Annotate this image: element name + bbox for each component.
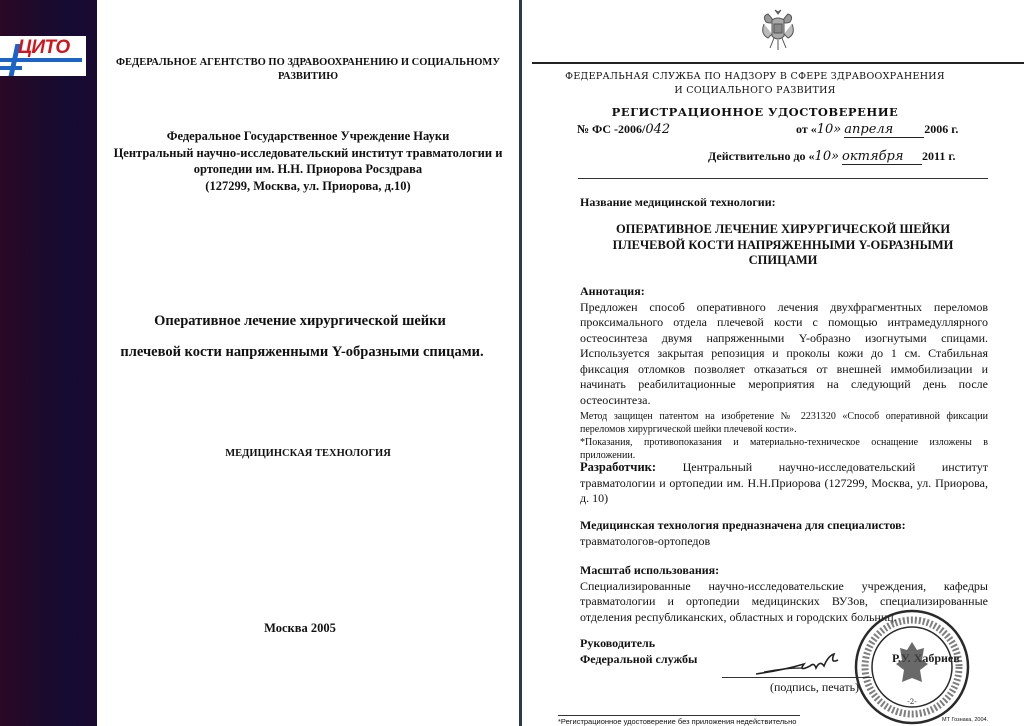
service-name: ФЕДЕРАЛЬНАЯ СЛУЖБА ПО НАДЗОРУ В СФЕРЕ ЗД… bbox=[522, 70, 988, 98]
header-rule bbox=[532, 62, 1024, 64]
coat-of-arms-icon bbox=[758, 8, 798, 52]
service-line: ФЕДЕРАЛЬНАЯ СЛУЖБА ПО НАДЗОРУ В СФЕРЕ ЗД… bbox=[522, 70, 988, 84]
footnote-rule bbox=[558, 715, 800, 716]
valid-until-date: Действительно до «10» октября2011 г. bbox=[708, 149, 955, 165]
annotation-text: Предложен способ оперативного лечения дв… bbox=[580, 300, 988, 409]
annotation-label: Аннотация: bbox=[580, 284, 988, 300]
annotation-section: Аннотация: Предложен способ оперативного… bbox=[580, 284, 988, 462]
date-year: 2006 г. bbox=[924, 122, 958, 136]
date-day: 10» bbox=[817, 122, 842, 137]
service-line: И СОЦИАЛЬНОГО РАЗВИТИЯ bbox=[522, 84, 988, 98]
appendix-note: *Показания, противопоказания и материаль… bbox=[580, 436, 988, 462]
patent-note: Метод защищен патентом на изобретение № … bbox=[580, 410, 988, 436]
logo-stripe bbox=[0, 66, 22, 70]
signature-line bbox=[722, 677, 872, 678]
registration-certificate: ФЕДЕРАЛЬНАЯ СЛУЖБА ПО НАДЗОРУ В СФЕРЕ ЗД… bbox=[522, 0, 1024, 726]
reg-number-prefix: № ФС -2006/ bbox=[577, 122, 645, 136]
cover-spine bbox=[0, 0, 97, 726]
reg-number-handwritten: 042 bbox=[645, 122, 670, 137]
section-rule bbox=[578, 178, 988, 179]
cito-logo: ЦИТО bbox=[0, 36, 86, 76]
date-month: апреля bbox=[844, 122, 924, 138]
official-seal-icon: -2- bbox=[852, 608, 972, 726]
tech-name-line: ОПЕРАТИВНОЕ ЛЕЧЕНИЕ ХИРУРГИЧЕСКОЙ ШЕЙКИ bbox=[578, 222, 988, 238]
institution-address: (127299, Москва, ул. Приорова, д.10) bbox=[97, 178, 519, 195]
logo-text: ЦИТО bbox=[18, 37, 70, 59]
city-year: Москва 2005 bbox=[89, 621, 511, 636]
seal-number: -2- bbox=[907, 698, 917, 706]
tech-name-line: ПЛЕЧЕВОЙ КОСТИ НАПРЯЖЕННЫМИ Y-ОБРАЗНЫМИ bbox=[578, 238, 988, 254]
developer-section: Разработчик: Центральный научно-исследов… bbox=[580, 460, 988, 507]
date-day: 10» bbox=[815, 149, 840, 164]
scope-label: Масштаб использования: bbox=[580, 563, 988, 579]
specialists-section: Медицинская технология предназначена для… bbox=[580, 518, 988, 549]
date-year: 2011 г. bbox=[922, 149, 955, 163]
signature-caption: (подпись, печать) bbox=[770, 680, 859, 695]
specialists-text: травматологов-ортопедов bbox=[580, 534, 988, 550]
printer-mark: МТ Гознака, 2004. bbox=[942, 717, 988, 723]
title-page: ФЕДЕРАЛЬНОЕ АГЕНТСТВО ПО ЗДРАВООХРАНЕНИЮ… bbox=[97, 0, 519, 726]
tech-name: ОПЕРАТИВНОЕ ЛЕЧЕНИЕ ХИРУРГИЧЕСКОЙ ШЕЙКИ … bbox=[578, 222, 988, 269]
institution-line: Федеральное Государственное Учреждение Н… bbox=[97, 128, 519, 145]
institution-block: Федеральное Государственное Учреждение Н… bbox=[97, 128, 519, 194]
certificate-title: РЕГИСТРАЦИОННОЕ УДОСТОВЕРЕНИЕ bbox=[522, 105, 988, 119]
institution-line: ортопедии им. Н.Н. Приорова Росздрава bbox=[97, 161, 519, 178]
agency-name: ФЕДЕРАЛЬНОЕ АГЕНТСТВО ПО ЗДРАВООХРАНЕНИЮ… bbox=[97, 56, 519, 84]
document-title-line-2: плечевой кости напряженными Y-образными … bbox=[91, 344, 513, 361]
issue-date: от «10» апреля2006 г. bbox=[796, 122, 958, 138]
developer-label: Разработчик: bbox=[580, 460, 656, 474]
registration-number: № ФС -2006/042 bbox=[577, 122, 670, 137]
date-prefix: от « bbox=[796, 122, 817, 136]
document-type: МЕДИЦИНСКАЯ ТЕХНОЛОГИЯ bbox=[97, 448, 519, 459]
institution-line: Центральный научно-исследовательский инс… bbox=[97, 145, 519, 162]
date-prefix: Действительно до « bbox=[708, 149, 815, 163]
tech-name-line: СПИЦАМИ bbox=[578, 253, 988, 269]
tech-name-label: Название медицинской технологии: bbox=[580, 195, 988, 211]
footnote: *Регистрационное удостоверение без прило… bbox=[558, 717, 796, 726]
specialists-label: Медицинская технология предназначена для… bbox=[580, 518, 988, 534]
document-title-line-1: Оперативное лечение хирургической шейки bbox=[89, 313, 511, 330]
signature-icon bbox=[754, 650, 854, 678]
date-month: октября bbox=[842, 149, 922, 165]
